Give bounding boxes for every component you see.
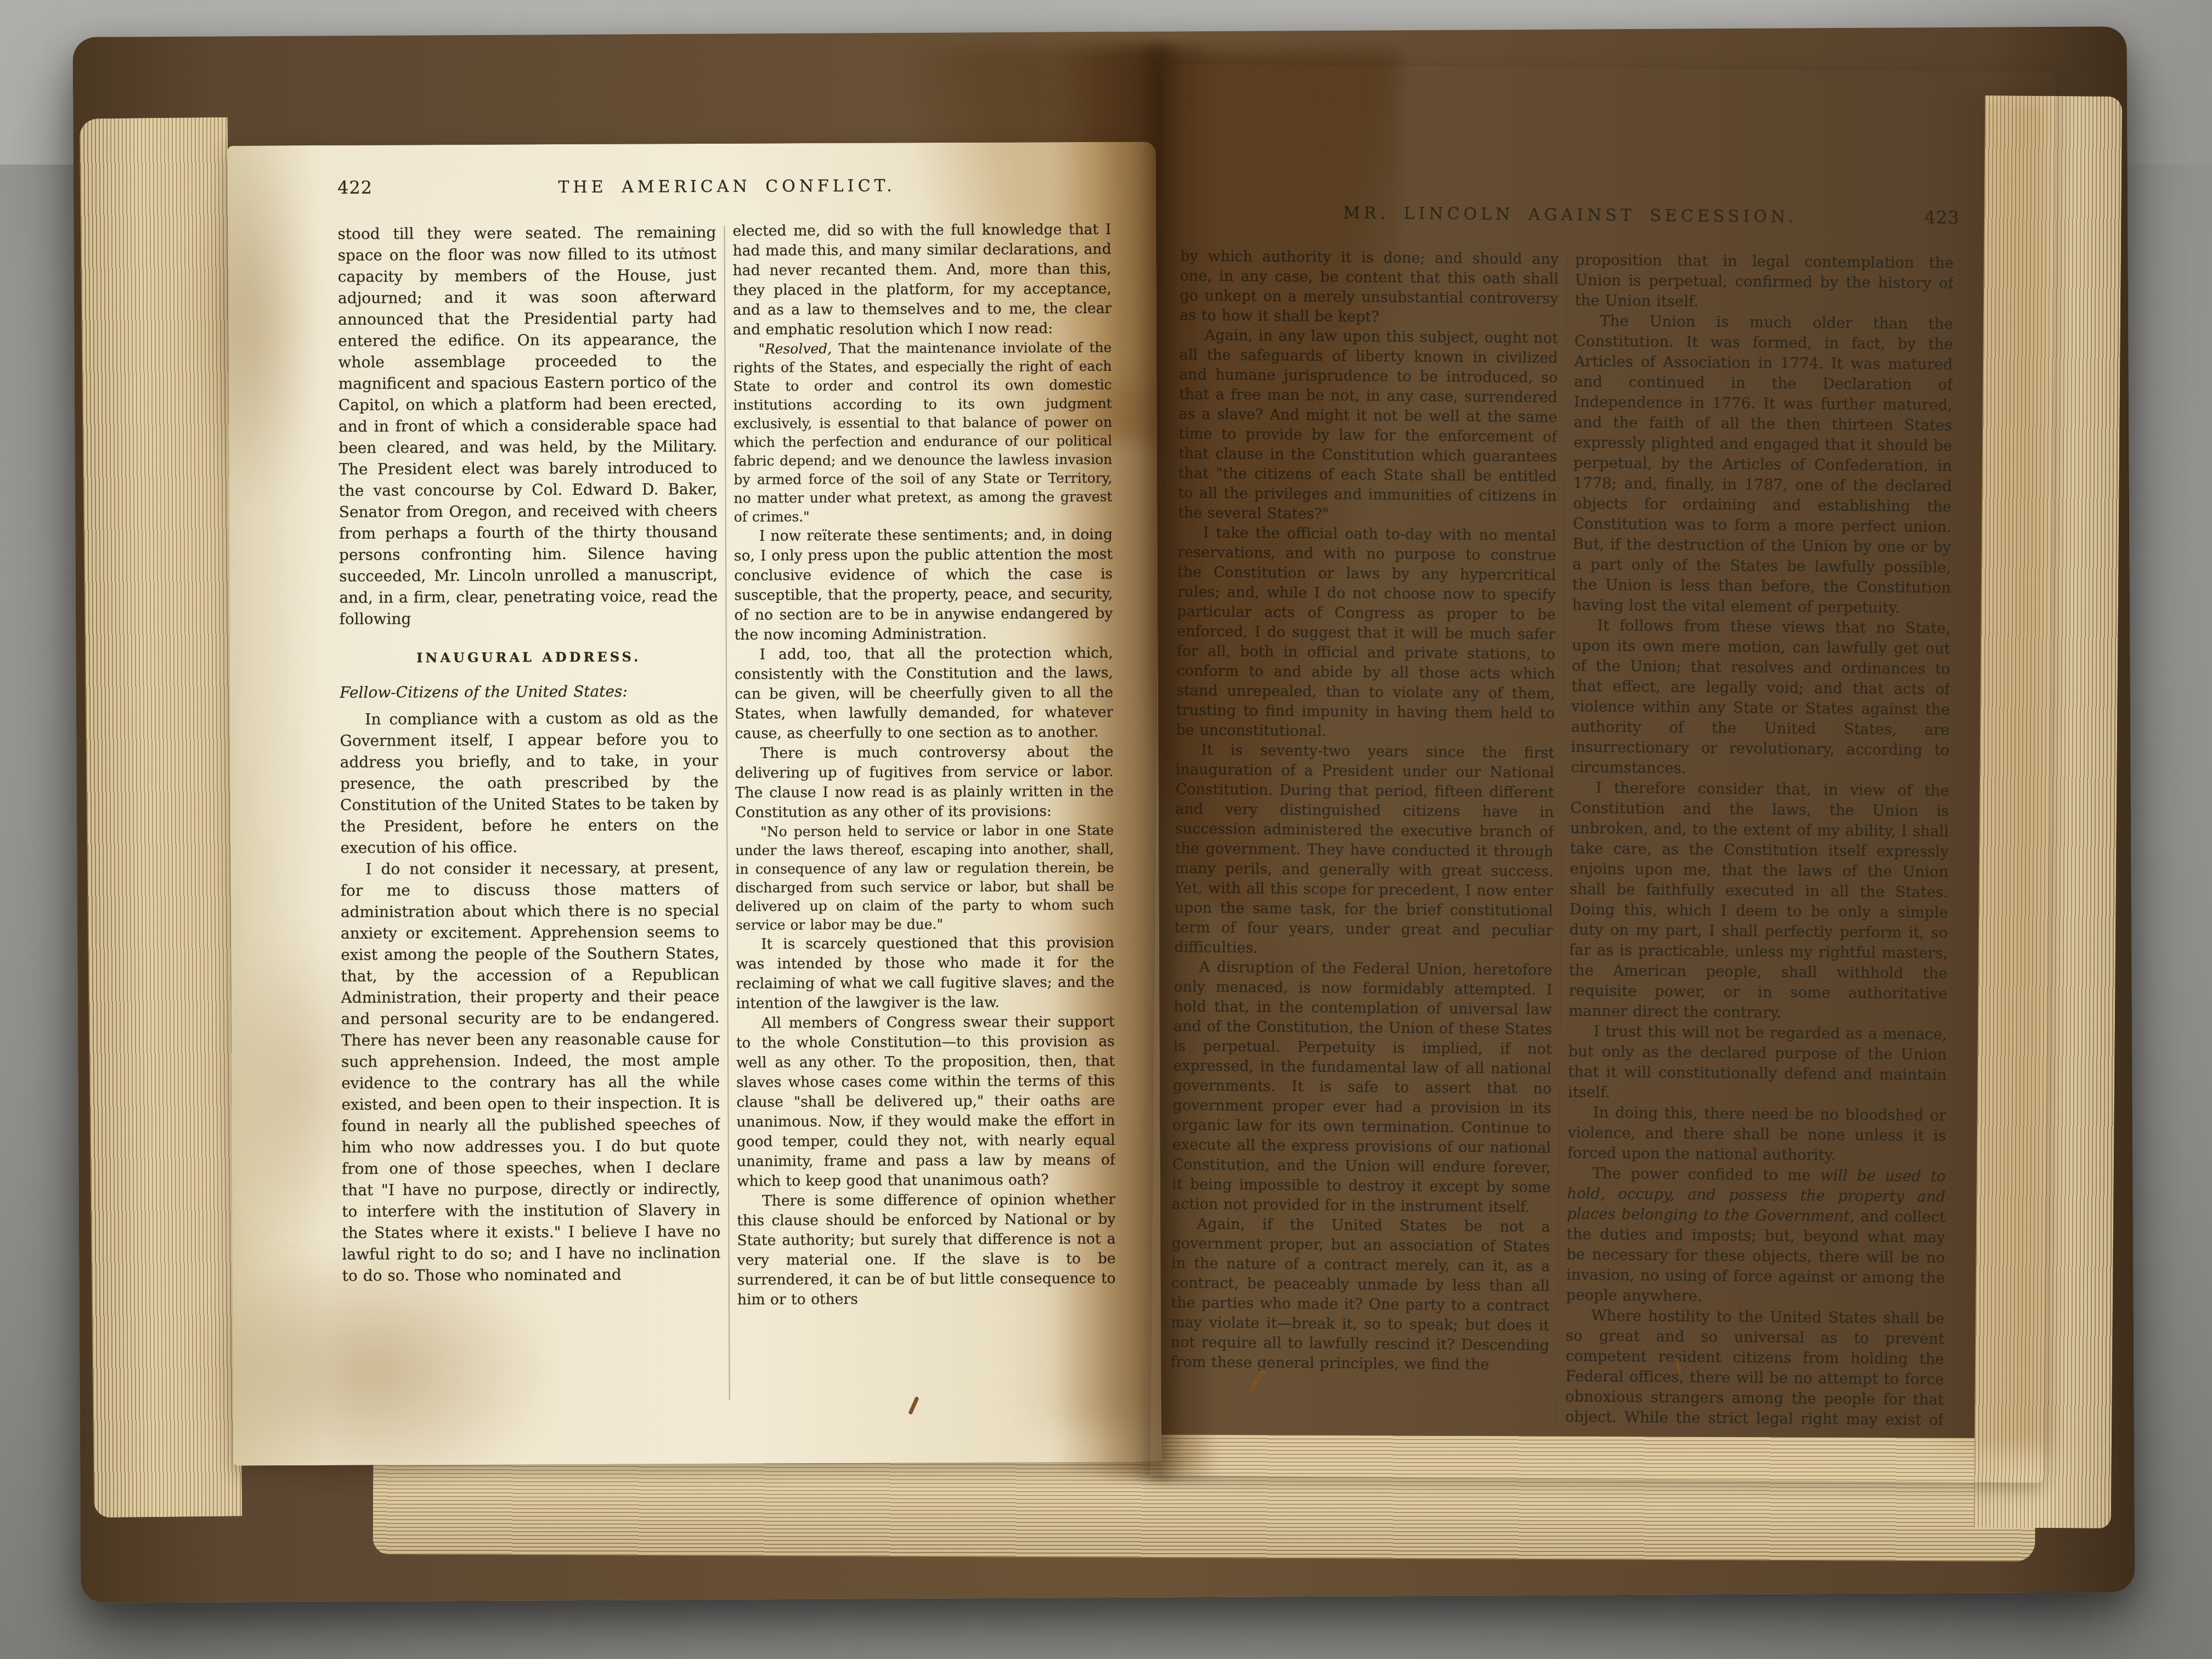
paragraph: by which authority it is done; and shoul… [1180,246,1559,329]
text-column-2: elected me, did so with the full knowled… [732,220,1116,1434]
paragraph: All members of Congress swear their supp… [736,1012,1115,1192]
text-column-4: proposition that in legal contemplation … [1565,250,1954,1433]
page-right-header: MR. LINCOLN AGAINST SECESSION. 423 [1181,200,1960,228]
paragraph: Again, if the United States be not a gov… [1170,1214,1550,1375]
paper-speck [1848,624,1851,628]
page-number-left: 422 [337,177,414,198]
section-heading: INAUGURAL ADDRESS. [340,646,718,669]
paragraph: There is much controversy about the deli… [735,742,1114,823]
paragraph: In compliance with a custom as old as th… [340,707,719,859]
paragraph: I take the official oath to-day with no … [1176,523,1556,743]
paragraph: I add, too, that all the protection whic… [735,644,1114,744]
page-right: MR. LINCOLN AGAINST SECESSION. 423 by wh… [1150,64,2056,1483]
paragraph: proposition that in legal contemplation … [1575,250,1954,314]
paragraph: In doing this, there need be no bloodshe… [1567,1102,1946,1166]
paragraph: "Resolved, That the maintenance inviolat… [733,338,1112,527]
paragraph: I do not consider it necessary, at prese… [340,857,720,1286]
paragraph: Where hostility to the United States sha… [1565,1305,1945,1432]
left-page-columns: stood till they were seated. The remaini… [337,220,1122,1436]
text-column-1: stood till they were seated. The remaini… [337,222,721,1436]
paragraph: It is scarcely questioned that this prov… [736,933,1115,1014]
page-left-content: 422 THE AMERICAN CONFLICT. stood till th… [337,174,1122,1436]
page-left: 422 THE AMERICAN CONFLICT. stood till th… [228,142,1161,1465]
paragraph: It follows from these views that no Stat… [1571,615,1951,781]
paragraph: There is some difference of opinion whet… [737,1190,1116,1310]
paragraph: elected me, did so with the full knowled… [732,220,1111,340]
salutation: Fellow-Citizens of the United States: [340,680,718,703]
column-divider [724,226,730,1400]
page-number-right: 423 [1883,206,1960,228]
running-title-left: THE AMERICAN CONFLICT. [414,176,1040,198]
paragraph: I therefore consider that, in view of th… [1568,777,1949,1024]
paragraph: It is seventy-two years since the first … [1174,740,1554,961]
text-column-3: by which authority it is done; and shoul… [1170,246,1559,1429]
paragraph: The Union is much older than the Constit… [1572,311,1954,619]
paper-speck [681,247,684,250]
running-title-right: MR. LINCOLN AGAINST SECESSION. [1257,202,1883,227]
paragraph: The power confided to me will be used to… [1566,1163,1946,1308]
page-edges-left [80,117,242,1518]
paragraph: Again, in any law upon this subject, oug… [1178,325,1558,526]
column-divider [1556,254,1568,1428]
page-left-header: 422 THE AMERICAN CONFLICT. [337,174,1116,198]
paragraph: "No person held to service or labor in o… [735,821,1114,935]
paragraph: stood till they were seated. The remaini… [337,222,718,630]
paragraph: A disruption of the Federal Union, heret… [1172,957,1553,1217]
gutter-shadow [1097,44,1218,1481]
paragraph: I trust this will not be regarded as a m… [1568,1021,1947,1105]
paragraph: I now reïterate these sentiments; and, i… [734,525,1113,645]
photo-of-open-book: 422 THE AMERICAN CONFLICT. stood till th… [0,0,2212,1659]
right-page-columns: by which authority it is done; and shoul… [1170,246,1960,1432]
page-right-content: MR. LINCOLN AGAINST SECESSION. 423 by wh… [1170,200,1960,1432]
